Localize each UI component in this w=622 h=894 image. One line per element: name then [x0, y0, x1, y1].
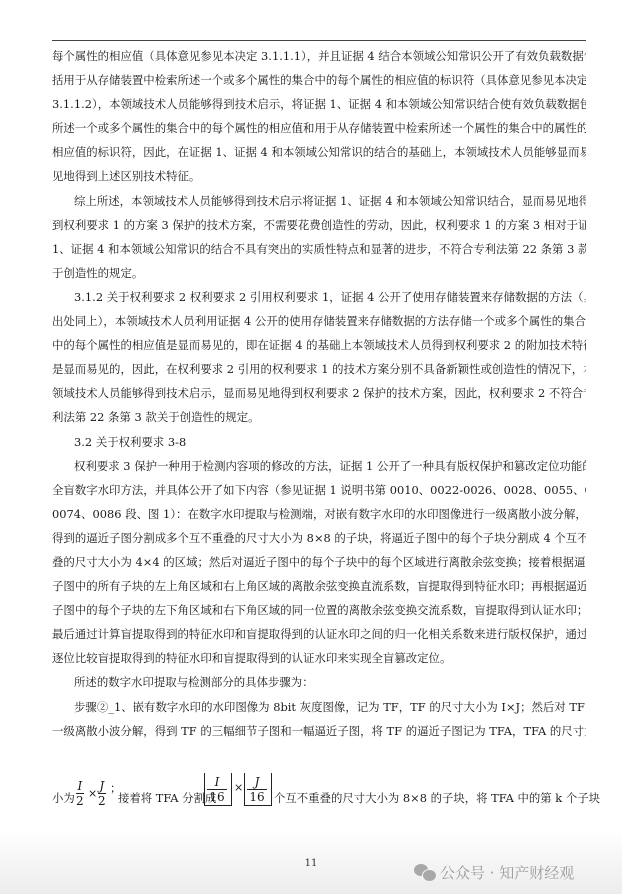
- text-line: 中的每个属性的相应值是显而易见的，即在证据 4 的基础上本领域技术人员得到权利要…: [52, 333, 586, 357]
- text-line: 括用于从存储装置中检索所述一个或多个属性的集合中的每个属性的相应值的标识符（具体…: [52, 68, 586, 92]
- watermark-text: 公众号 · 知产财经观: [440, 862, 574, 883]
- fraction-i-over-2: I 2: [76, 779, 84, 808]
- text-line: 相应值的标识符，因此，在证据 1、证据 4 和本领域公知常识的结合的基础上，本领…: [52, 140, 586, 164]
- body-text: 每个属性的相应值（具体意见参见本决定 3.1.1.1），并且证据 4 结合本领域…: [52, 44, 586, 743]
- text-line: 每个属性的相应值（具体意见参见本决定 3.1.1.1），并且证据 4 结合本领域…: [52, 44, 586, 68]
- text-line: 子图中的每个子块的左下角区域和右下角区域的同一位置的离散余弦变换交流系数，盲提取…: [52, 598, 586, 622]
- text-line: 逐位比较盲提取得到的特征水印和盲提取得到的认证水印来实现全盲篡改定位。: [52, 646, 586, 670]
- wechat-icon: [414, 864, 436, 882]
- text-line: 子图中的所有子块的左上角区域和右上角区域的离散余弦变换直流系数，盲提取得到特征水…: [52, 574, 586, 598]
- text-line: 叠的尺寸大小为 4×4 的区域；然后对逼近子图中的每个子块中的每个区域进行离散余…: [52, 550, 586, 574]
- formula-middle-text: 接着将 TFA 分割成: [118, 790, 216, 806]
- text-line: 0074、0086 段、图 1）：在数字水印提取与检测端，对嵌有数字水印的水印图…: [52, 502, 586, 526]
- text-line: 全盲数字水印方法，并具体公开了如下内容（参见证据 1 说明书第 0010、002…: [52, 478, 586, 502]
- times-sign-2: ×: [234, 781, 243, 794]
- text-line: 一级离散小波分解，得到 TF 的三幅细节子图和一幅逼近子图，将 TF 的逼近子图…: [52, 719, 586, 743]
- formula-line: 小为 I 2 × J 2 ； 接着将 TFA 分割成 I 16 × J 16 个…: [52, 764, 586, 814]
- text-line: 所述的数字水印提取与检测部分的具体步骤为：: [52, 670, 586, 694]
- formula-suffix: 个互不重叠的尺寸大小为 8×8 的子块，将 TFA 中的第 k 个子块: [274, 790, 600, 806]
- fraction-j-over-16: J 16: [247, 775, 267, 804]
- text-line: 最后通过计算盲提取得到的特征水印和盲提取得到的认证水印之间的归一化相关系数来进行…: [52, 622, 586, 646]
- formula-prefix: 小为: [52, 790, 75, 806]
- watermark: 公众号 · 知产财经观: [414, 862, 574, 883]
- text-line: 1、证据 4 和本领域公知常识的结合不具有突出的实质性特点和显著的进步，不符合专…: [52, 237, 586, 261]
- fraction-i-over-16: I 16: [207, 775, 227, 804]
- times-sign: ×: [88, 787, 97, 800]
- text-line: 利法第 22 条第 3 款关于创造性的规定。: [52, 405, 586, 429]
- text-line: 所述一个或多个属性的集合中的每个属性的相应值和用于从存储装置中检索所述一个属性的…: [52, 116, 586, 140]
- text-line: 见地得到上述区别技术特征。: [52, 164, 586, 188]
- text-line: 权利要求 3 保护一种用于检测内容项的修改的方法，证据 1 公开了一种具有版权保…: [52, 454, 586, 478]
- header-rule: [52, 40, 586, 41]
- document-page: 每个属性的相应值（具体意见参见本决定 3.1.1.1），并且证据 4 结合本领域…: [0, 0, 622, 894]
- text-line: 步骤②_1、嵌有数字水印的水印图像为 8bit 灰度图像，记为 TF，TF 的尺…: [52, 695, 586, 719]
- text-line: 3.1.1.2），本领域技术人员能够得到技术启示，将证据 1、证据 4 和本领域…: [52, 92, 586, 116]
- text-line: 领域技术人员能够得到技术启示，显而易见地得到权利要求 2 保护的技术方案，因此，…: [52, 381, 586, 405]
- text-line: 是显而易见的，因此，在权利要求 2 引用的权利要求 1 的技术方案分别不具备新颖…: [52, 357, 586, 381]
- text-line: 综上所述，本领域技术人员能够得到技术启示将证据 1、证据 4 和本领域公知常识结…: [52, 189, 586, 213]
- text-line: 到权利要求 1 的方案 3 保护的技术方案，不需要花费创造性的劳动，因此，权利要…: [52, 213, 586, 237]
- text-line: 3.1.2 关于权利要求 2 权利要求 2 引用权利要求 1，证据 4 公开了使…: [52, 285, 586, 309]
- fraction-j-over-2: J 2: [98, 779, 106, 808]
- text-line: 于创造性的规定。: [52, 261, 586, 285]
- text-line: 得到的逼近子图分割成多个互不重叠的尺寸大小为 8×8 的子块，将逼近子图中的每个…: [52, 526, 586, 550]
- text-line: 3.2 关于权利要求 3-8: [52, 430, 586, 454]
- text-line: 出处同上），本领域技术人员利用证据 4 公开的使用存储装置来存储数据的方法存储一…: [52, 309, 586, 333]
